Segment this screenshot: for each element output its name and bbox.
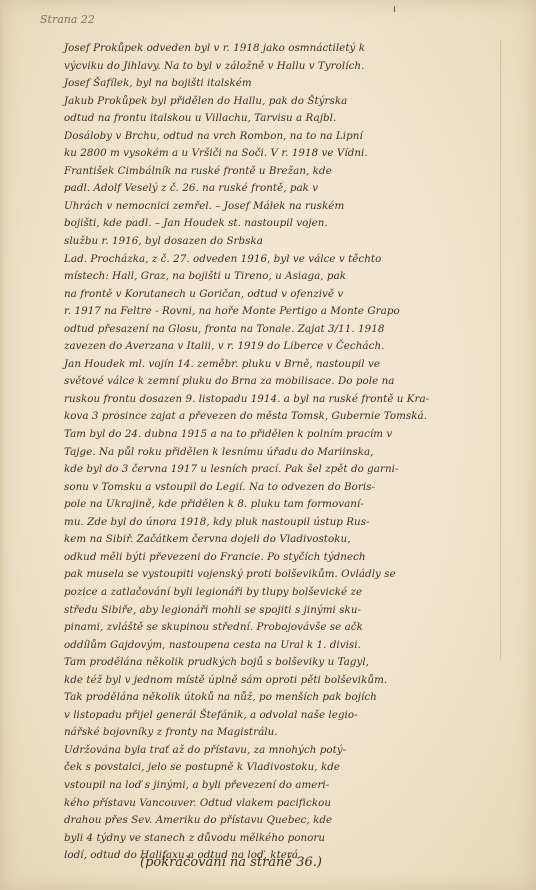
text-line: oddílům Gajdovým, nastoupena cesta na Ur…: [64, 637, 494, 655]
continuation-note: (pokračování na straně 36.): [140, 855, 322, 870]
text-line: výcviku do Jihlavy. Na to byl v záložně …: [64, 58, 494, 76]
text-line: ček s povstalci, jelo se postupně k Vlad…: [64, 759, 494, 777]
text-line: pole na Ukrajině, kde přidělen k 8. pluk…: [64, 496, 494, 514]
text-line: sonu v Tomsku a vstoupil do Legií. Na to…: [64, 479, 494, 497]
text-line: vstoupil na loď s jinými, a byli převeze…: [64, 777, 494, 795]
text-line: Dosáloby v Brchu, odtud na vrch Rombon, …: [64, 128, 494, 146]
text-line: Josef Šafílek, byl na bojišti italském: [64, 75, 494, 93]
text-line: Jan Houdek ml. vojín 14. zeměbr. pluku v…: [64, 356, 494, 374]
text-line: pak musela se vystoupiti vojenský proti …: [64, 566, 494, 584]
text-line: Tam byl do 24. dubna 1915 a na to přiděl…: [64, 426, 494, 444]
text-line: pozice a zatlačování byli legionáři by t…: [64, 584, 494, 602]
handwritten-text-body: Josef Prokůpek odveden byl v r. 1918 jak…: [64, 40, 494, 865]
text-line: Tam prodělána několik prudkých bojů s bo…: [64, 654, 494, 672]
text-line: bojišti, kde padl. – Jan Houdek st. nast…: [64, 215, 494, 233]
text-line: padl. Adolf Veselý z č. 26. na ruské fro…: [64, 180, 494, 198]
text-line: kde byl do 3 června 1917 u lesních prací…: [64, 461, 494, 479]
text-line: ruskou frontu dosazen 9. listopadu 1914.…: [64, 391, 494, 409]
text-line: drahou přes Sev. Ameriku do přístavu Que…: [64, 812, 494, 830]
text-line: Lad. Procházka, z č. 27. odveden 1916, b…: [64, 251, 494, 269]
text-line: Tajge. Na půl roku přidělen k lesnímu úř…: [64, 444, 494, 462]
text-line: Josef Prokůpek odveden byl v r. 1918 jak…: [64, 40, 494, 58]
margin-rule: [500, 40, 501, 660]
text-line: zavezen do Averzana v Italii, v r. 1919 …: [64, 338, 494, 356]
text-line: kého přístavu Vancouver. Odtud vlakem pa…: [64, 795, 494, 813]
text-line: v listopadu přijel generál Štefánik, a o…: [64, 707, 494, 725]
text-line: nářské bojovníky z fronty na Magistrálu.: [64, 724, 494, 742]
text-line: světové válce k zemní pluku do Brna za m…: [64, 373, 494, 391]
text-line: František Cimbálník na ruské frontě u Br…: [64, 163, 494, 181]
text-line: středu Sibiře, aby legionáři mohli se sp…: [64, 602, 494, 620]
text-line: Jakub Prokůpek byl přidělen do Hallu, pa…: [64, 93, 494, 111]
ink-mark: [394, 6, 395, 12]
text-line: pinami, zvláště se skupinou střední. Pro…: [64, 619, 494, 637]
text-line: kem na Sibiř. Začátkem června dojeli do …: [64, 531, 494, 549]
text-line: ku 2800 m vysokém a u Vršiči na Soči. V …: [64, 145, 494, 163]
text-line: r. 1917 na Feltre - Rovni, na hoře Monte…: [64, 303, 494, 321]
text-line: odtud na frontu italskou u Villachu, Tar…: [64, 110, 494, 128]
manuscript-page: Strana 22 Josef Prokůpek odveden byl v r…: [0, 0, 536, 890]
text-line: kde též byl v jednom místě úplně sám opr…: [64, 672, 494, 690]
page-number-label: Strana 22: [40, 13, 95, 26]
text-line: odtud přesazení na Glosu, fronta na Tona…: [64, 321, 494, 339]
text-line: místech: Hall, Graz, na bojišti u Tireno…: [64, 268, 494, 286]
text-line: kova 3 prosince zajat a převezen do měst…: [64, 408, 494, 426]
text-line: Tak prodělána několik útoků na nůž, po m…: [64, 689, 494, 707]
text-line: odkud měli býti převezeni do Francie. Po…: [64, 549, 494, 567]
text-line: byli 4 týdny ve stanech z důvodu mělkého…: [64, 830, 494, 848]
text-line: Uhrách v nemocnici zemřel. – Josef Málek…: [64, 198, 494, 216]
text-line: mu. Zde byl do února 1918, kdy pluk nast…: [64, 514, 494, 532]
text-line: na frontě v Korutanech u Goričan, odtud …: [64, 286, 494, 304]
text-line: službu r. 1916, byl dosazen do Srbska: [64, 233, 494, 251]
text-line: Udržována byla trať až do přístavu, za m…: [64, 742, 494, 760]
